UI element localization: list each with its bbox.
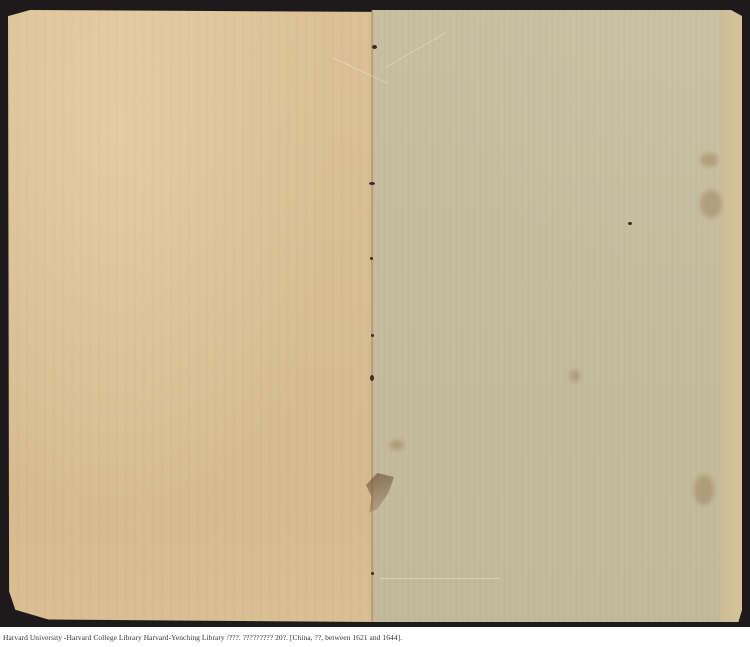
stain [694,475,714,505]
worm-hole [371,334,374,337]
worm-hole [369,182,375,185]
stain [700,153,718,167]
worm-hole [371,572,374,575]
worm-hole [370,257,373,260]
crease [380,578,500,579]
image-caption: Harvard University -Harvard College Libr… [0,633,402,642]
stain [390,440,404,450]
worm-hole [370,375,374,381]
stain [570,370,580,382]
scanned-book-image [0,0,750,627]
right-cover-panel [372,10,742,622]
worm-hole [372,45,377,49]
stain [700,190,722,218]
left-cover-panel [8,10,374,622]
caption-bar: Harvard University -Harvard College Libr… [0,627,750,647]
right-edge-strip [720,10,742,622]
spine-seam [371,10,374,622]
worm-hole [628,222,632,225]
